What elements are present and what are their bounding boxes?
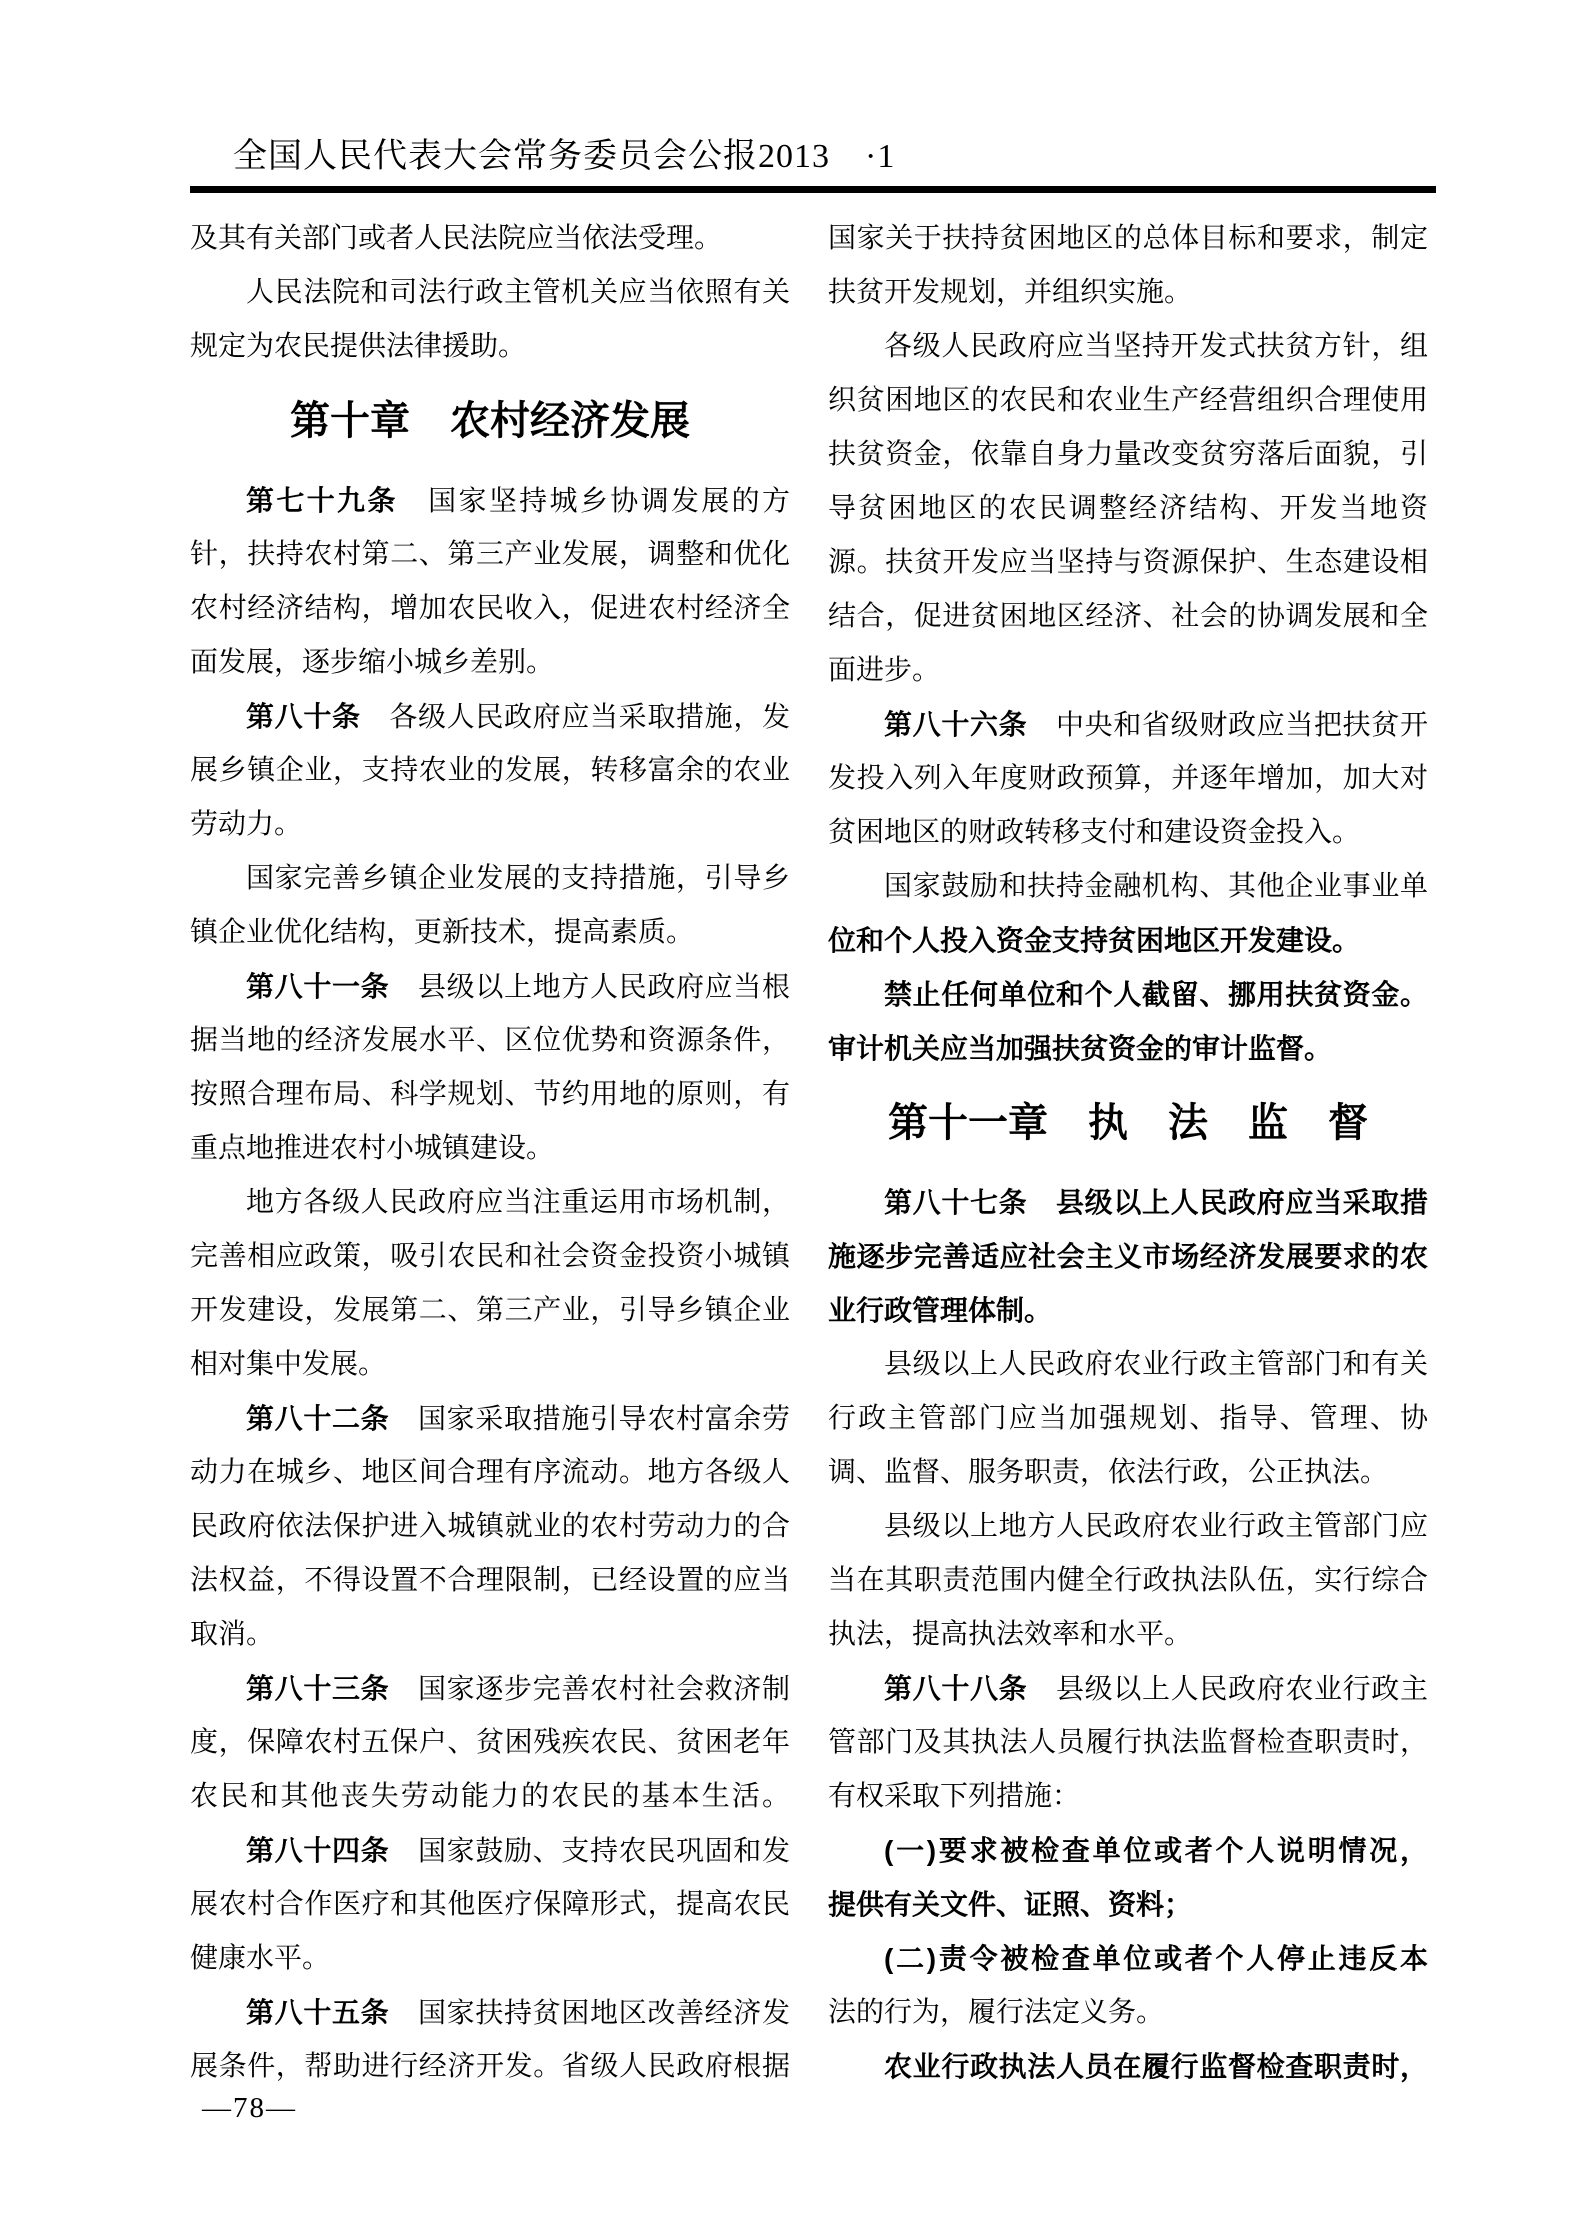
text-line: 扶贫开发规划，并组织实施。 (828, 266, 1428, 320)
text-line: 展条件，帮助进行经济开发。省级人民政府根据 (190, 2040, 790, 2094)
text-line: 有权采取下列措施： (828, 1770, 1428, 1824)
text-line: 面发展，逐步缩小城乡差别。 (190, 636, 790, 690)
text-line: 导贫困地区的农民调整经济结构、开发当地资 (828, 482, 1428, 536)
text-line: 业行政管理体制。 (828, 1284, 1428, 1338)
text-line: 相对集中发展。 (190, 1338, 790, 1392)
text-line: 提供有关文件、证照、资料； (828, 1878, 1428, 1932)
chapter-heading: 第十一章 执 法 监 督 (828, 1076, 1428, 1176)
text-line: 国家鼓励和扶持金融机构、其他企业事业单 (828, 860, 1428, 914)
text-line: 农业行政执法人员在履行监督检查职责时， (828, 2040, 1428, 2094)
text-line: 国家完善乡镇企业发展的支持措施，引导乡 (190, 852, 790, 906)
text-line: 取消。 (190, 1608, 790, 1662)
chapter-heading: 第十章 农村经济发展 (190, 374, 790, 474)
text-line: 管部门及其执法人员履行执法监督检查职责时， (828, 1716, 1428, 1770)
text-line: 农村经济结构，增加农民收入，促进农村经济全 (190, 582, 790, 636)
page-number: —78— (202, 2092, 297, 2125)
text-line: 健康水平。 (190, 1932, 790, 1986)
text-line: 据当地的经济发展水平、区位优势和资源条件， (190, 1014, 790, 1068)
text-line: (二)责令被检查单位或者个人停止违反本 (828, 1932, 1428, 1986)
right-text-column: 国家关于扶持贫困地区的总体目标和要求，制定扶贫开发规划，并组织实施。各级人民政府… (828, 212, 1428, 2094)
text-line: 当在其职责范围内健全行政执法队伍，实行综合 (828, 1554, 1428, 1608)
text-line: 法的行为，履行法定义务。 (828, 1986, 1428, 2040)
article-number-label: 第八十条 (246, 701, 361, 732)
text-line: 及其有关部门或者人民法院应当依法受理。 (190, 212, 790, 266)
article-number-label: 第八十二条 (246, 1403, 389, 1434)
text-line: 第八十条 各级人民政府应当采取措施，发 (190, 690, 790, 744)
header-rule (190, 186, 1436, 193)
text-line: 县级以上人民政府农业行政主管部门和有关 (828, 1338, 1428, 1392)
text-line: 第八十五条 国家扶持贫困地区改善经济发 (190, 1986, 790, 2040)
article-number-label: 第八十一条 (246, 971, 389, 1002)
text-line: 面进步。 (828, 644, 1428, 698)
text-line: 第八十八条 县级以上人民政府农业行政主 (828, 1662, 1428, 1716)
text-line: 按照合理布局、科学规划、节约用地的原则，有 (190, 1068, 790, 1122)
text-line: 县级以上地方人民政府农业行政主管部门应 (828, 1500, 1428, 1554)
text-line: 第八十六条 中央和省级财政应当把扶贫开 (828, 698, 1428, 752)
text-line: 第八十七条 县级以上人民政府应当采取措 (828, 1176, 1428, 1230)
text-line: 人民法院和司法行政主管机关应当依照有关 (190, 266, 790, 320)
article-number-label: 第八十五条 (246, 1997, 389, 2028)
text-line: 动力在城乡、地区间合理有序流动。地方各级人 (190, 1446, 790, 1500)
text-line: 劳动力。 (190, 798, 790, 852)
text-line: 展农村合作医疗和其他医疗保障形式，提高农民 (190, 1878, 790, 1932)
text-line: 审计机关应当加强扶贫资金的审计监督。 (828, 1022, 1428, 1076)
text-line: 地方各级人民政府应当注重运用市场机制， (190, 1176, 790, 1230)
text-line: 贫困地区的财政转移支付和建设资金投入。 (828, 806, 1428, 860)
text-line: 第八十一条 县级以上地方人民政府应当根 (190, 960, 790, 1014)
article-number-label: 第八十四条 (246, 1835, 389, 1866)
text-line: (一)要求被检查单位或者个人说明情况， (828, 1824, 1428, 1878)
text-line: 源。扶贫开发应当坚持与资源保护、生态建设相 (828, 536, 1428, 590)
text-line: 位和个人投入资金支持贫困地区开发建设。 (828, 914, 1428, 968)
article-number-label: 第八十六条 (884, 709, 1027, 740)
text-line: 第八十二条 国家采取措施引导农村富余劳 (190, 1392, 790, 1446)
text-line: 执法，提高执法效率和水平。 (828, 1608, 1428, 1662)
text-line: 施逐步完善适应社会主义市场经济发展要求的农 (828, 1230, 1428, 1284)
text-line: 扶贫资金，依靠自身力量改变贫穷落后面貌，引 (828, 428, 1428, 482)
text-line: 发投入列入年度财政预算，并逐年增加，加大对 (828, 752, 1428, 806)
text-line: 织贫困地区的农民和农业生产经营组织合理使用 (828, 374, 1428, 428)
text-line: 展乡镇企业，支持农业的发展，转移富余的农业 (190, 744, 790, 798)
text-line: 结合，促进贫困地区经济、社会的协调发展和全 (828, 590, 1428, 644)
text-line: 完善相应政策，吸引农民和社会资金投资小城镇 (190, 1230, 790, 1284)
text-line: 度，保障农村五保户、贫困残疾农民、贫困老年 (190, 1716, 790, 1770)
text-line: 调、监督、服务职责，依法行政，公正执法。 (828, 1446, 1428, 1500)
text-line: 第七十九条 国家坚持城乡协调发展的方 (190, 474, 790, 528)
bulletin-header-title: 全国人民代表大会常务委员会公报2013 ·1 (233, 128, 895, 177)
text-line: 开发建设，发展第二、第三产业，引导乡镇企业 (190, 1284, 790, 1338)
text-line: 第八十四条 国家鼓励、支持农民巩固和发 (190, 1824, 790, 1878)
text-line: 行政主管部门应当加强规划、指导、管理、协 (828, 1392, 1428, 1446)
article-number-label: 第八十八条 (884, 1673, 1027, 1704)
text-line: 民政府依法保护进入城镇就业的农村劳动力的合 (190, 1500, 790, 1554)
text-line: 法权益，不得设置不合理限制，已经设置的应当 (190, 1554, 790, 1608)
text-line: 农民和其他丧失劳动能力的农民的基本生活。 (190, 1770, 790, 1824)
gazette-page: 全国人民代表大会常务委员会公报2013 ·1 及其有关部门或者人民法院应当依法受… (0, 0, 1587, 2229)
text-line: 禁止任何单位和个人截留、挪用扶贫资金。 (828, 968, 1428, 1022)
left-text-column: 及其有关部门或者人民法院应当依法受理。人民法院和司法行政主管机关应当依照有关规定… (190, 212, 790, 2094)
text-line: 第八十三条 国家逐步完善农村社会救济制 (190, 1662, 790, 1716)
article-number-label: 第八十三条 (246, 1673, 389, 1704)
text-line: 各级人民政府应当坚持开发式扶贫方针，组 (828, 320, 1428, 374)
text-line: 国家关于扶持贫困地区的总体目标和要求，制定 (828, 212, 1428, 266)
text-line: 规定为农民提供法律援助。 (190, 320, 790, 374)
text-line: 镇企业优化结构，更新技术，提高素质。 (190, 906, 790, 960)
text-line: 重点地推进农村小城镇建设。 (190, 1122, 790, 1176)
text-line: 针，扶持农村第二、第三产业发展，调整和优化 (190, 528, 790, 582)
article-number-label: 第七十九条 (246, 485, 398, 516)
article-number-label: 第八十七条 (884, 1187, 1027, 1218)
